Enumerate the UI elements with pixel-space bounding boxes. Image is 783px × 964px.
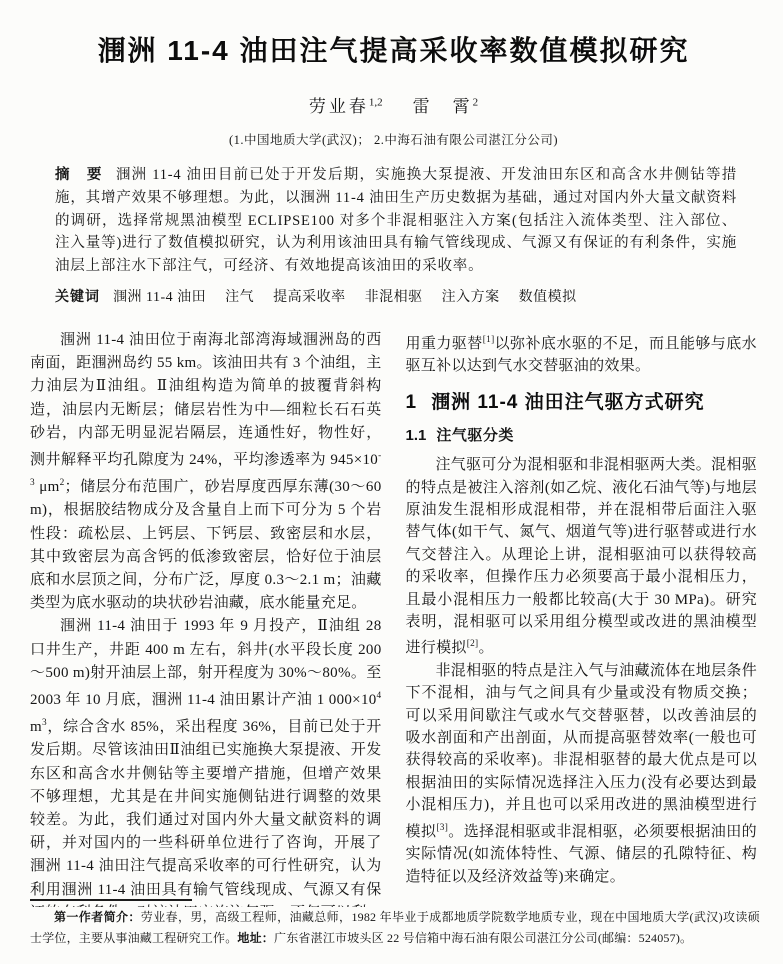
keyword-item: 提高采收率 [273, 290, 346, 305]
author-2: 雷 霄2 [413, 97, 479, 116]
keyword-item: 注气 [225, 290, 254, 305]
authors-line: 劳业春1,2雷 霄2 [30, 92, 757, 117]
author-1-affiliation-marker: 1,2 [369, 96, 383, 108]
author-2-affiliation-marker: 2 [473, 96, 479, 108]
keyword-item: 注入方案 [442, 290, 500, 305]
left-column: 涠洲 11-4 油田位于南海北部湾海域涠洲岛的西南面，距涠洲岛约 55 km。该… [30, 329, 382, 907]
author-bio-text: 第一作者简介：劳业春，男，高级工程师，油藏总师，1982 年毕业于成都地质学院数… [30, 907, 760, 949]
section-1-1-number: 1.1 [406, 427, 427, 444]
para-production-history: 涠洲 11-4 油田于 1993 年 9 月投产，Ⅱ油组 28 口井生产，井距 … [30, 615, 382, 907]
abstract-text: 涠洲 11-4 油田目前已处于开发后期，实施换大泵提液、开发油田东区和高含水井侧… [55, 167, 737, 274]
keywords-block: 关键词涠洲 11-4 油田注气提高采收率非混相驱注入方案数值模拟 [55, 285, 737, 309]
keyword-item: 非混相驱 [365, 290, 423, 305]
author-1: 劳业春1,2 [309, 97, 383, 116]
page-title: 涠洲 11-4 油田注气提高采收率数值模拟研究 [30, 29, 757, 69]
para-miscible-flooding: 注气驱可分为混相驱和非混相驱两大类。混相驱的特点是被注入溶剂(如乙烷、液化石油气… [406, 454, 758, 660]
keyword-item: 数值模拟 [519, 290, 577, 305]
keyword-item: 涠洲 11-4 油田 [113, 290, 206, 305]
affiliation-line: (1.中国地质大学(武汉)； 2.中海石油有限公司湛江分公司) [30, 130, 757, 148]
footnote-divider [30, 899, 192, 901]
section-1-heading: 1涠洲 11-4 油田注气驱方式研究 [406, 391, 758, 414]
body-columns: 涠洲 11-4 油田位于南海北部湾海域涠洲岛的西南面，距涠洲岛约 55 km。该… [30, 329, 757, 907]
right-column: 用重力驱替[1]以弥补底水驱的不足，而且能够与底水驱互补以达到气水交替驱油的效果… [406, 329, 758, 907]
section-1-number: 1 [406, 392, 417, 413]
author-1-name: 劳业春 [309, 97, 369, 116]
author-2-name: 雷 霄 [413, 97, 473, 116]
author-bio-footnote: 第一作者简介：劳业春，男，高级工程师，油藏总师，1982 年毕业于成都地质学院数… [30, 899, 760, 949]
para-gravity-drive-continuation: 用重力驱替[1]以弥补底水驱的不足，而且能够与底水驱互补以达到气水交替驱油的效果… [406, 329, 758, 378]
section-1-title: 涠洲 11-4 油田注气驱方式研究 [431, 392, 705, 413]
abstract-label: 摘 要 [55, 167, 103, 183]
keywords-list: 涠洲 11-4 油田注气提高采收率非混相驱注入方案数值模拟 [113, 290, 596, 305]
para-field-overview: 涠洲 11-4 油田位于南海北部湾海域涠洲岛的西南面，距涠洲岛约 55 km。该… [30, 329, 382, 615]
abstract-block: 摘 要涠洲 11-4 油田目前已处于开发后期，实施换大泵提液、开发油田东区和高含… [55, 164, 737, 278]
paper-page: 涠洲 11-4 油田注气提高采收率数值模拟研究 劳业春1,2雷 霄2 (1.中国… [0, 0, 783, 964]
section-1-1-title: 注气驱分类 [436, 427, 514, 444]
section-1-1-heading: 1.1注气驱分类 [406, 424, 758, 447]
keywords-label: 关键词 [55, 288, 100, 304]
para-immiscible-flooding: 非混相驱的特点是注入气与油藏流体在地层条件下不混相，油与气之间具有少量或没有物质… [406, 660, 758, 888]
